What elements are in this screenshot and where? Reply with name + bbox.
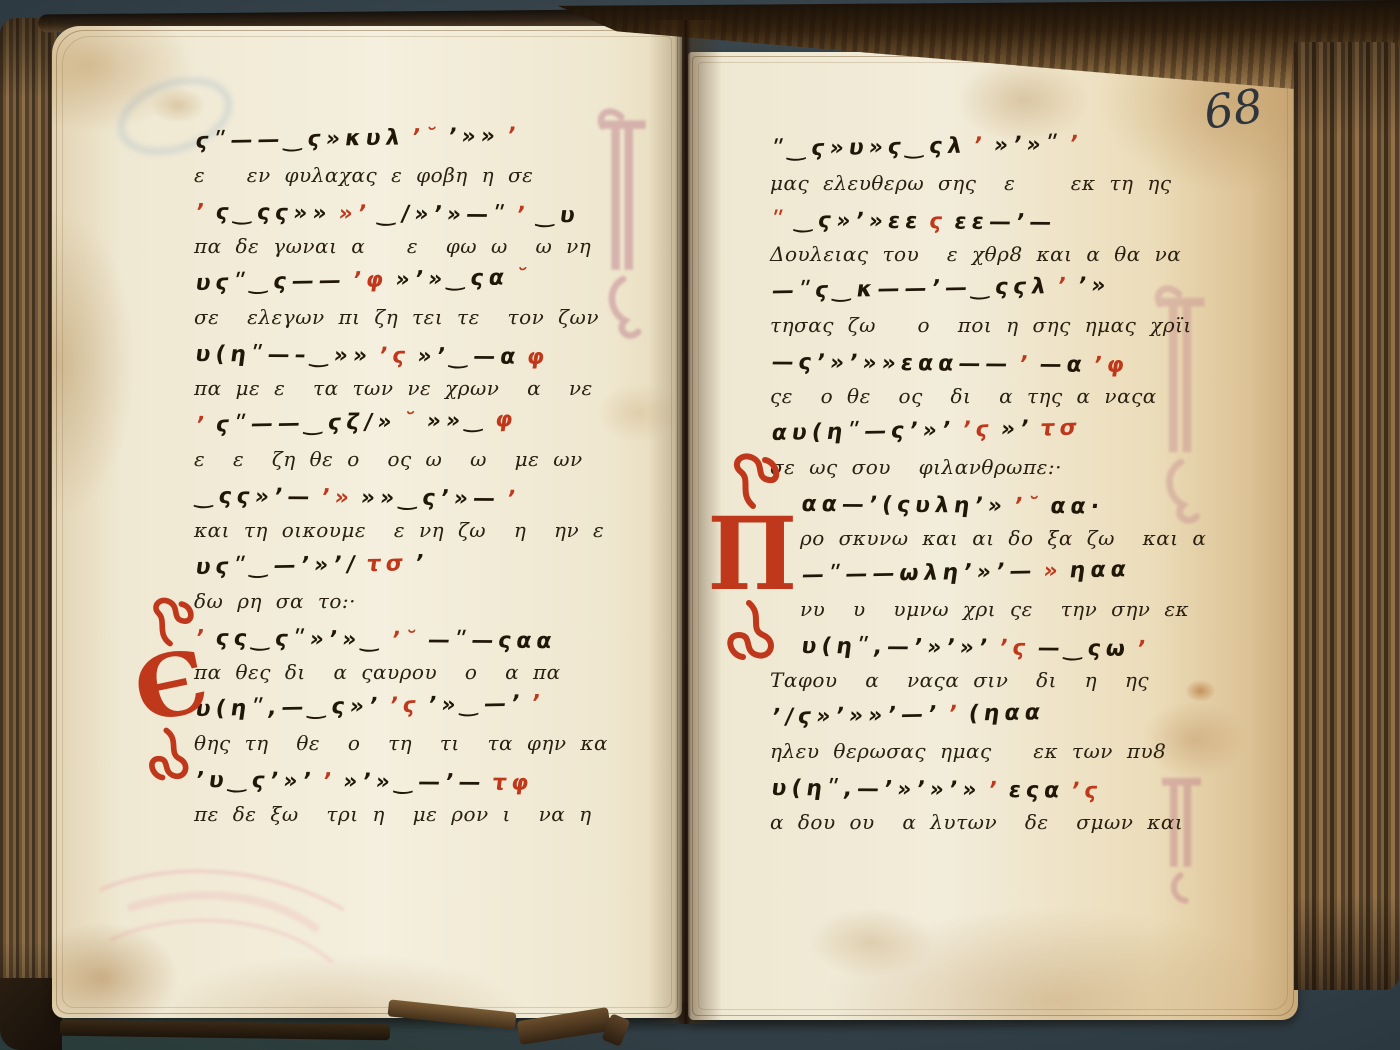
lyric-text: σε ως σου φιλανθρωπε:· (770, 455, 1062, 479)
red-neume-marks: τσ (365, 551, 410, 577)
red-neume-marks: ʼϛ (961, 417, 996, 443)
text-block-left: ϛʺ——‿ϛ»κυλʼ˘ʼ»»ʼε εν φυλαχας ε φοβη η σε… (194, 116, 600, 826)
red-neume-marks: φ (494, 407, 520, 432)
black-neume-marks: ‿/»ʼ»—ʺ (377, 202, 512, 228)
black-neume-marks: »»‿ςʼ»— (359, 485, 501, 511)
black-neume-marks: »ʼ»‿ςα (394, 266, 511, 293)
black-neume-marks: ʼ»» (446, 124, 501, 150)
lyric-text: θης τη θε ο τη τι τα φην κα (194, 731, 608, 755)
lyric-line: δω ρη σα το:· (194, 580, 600, 613)
black-neume-marks: ʺ‿ϛ»υ»ϛ‿ςλ (770, 134, 968, 162)
black-neume-marks: ʼ (413, 551, 430, 576)
black-neume-marks: »ʼ (999, 416, 1035, 442)
neume-line: —ʺ——ωληʼ»ʼ—»ηαα (800, 543, 1192, 588)
red-neume-marks: ʼ (515, 203, 532, 228)
neume-line: ʺ‿ϛ»ʼ»εεϛεε—ʼ— (770, 195, 1191, 237)
pink-stamp-traces (88, 848, 358, 1008)
lyric-text: νυ υ υμνω χρι ςε την σην εκ (800, 597, 1189, 621)
lyric-text: μας ελευθερω σης ε εκ τη ης (770, 171, 1172, 195)
red-neume-marks: ˘ (402, 409, 422, 434)
red-neume-marks: ʼ (194, 200, 211, 225)
neume-line: υ(ηʺ,—‿ς»ʼʼϛʼ»‿—ʼʼ (194, 677, 606, 722)
red-neume-marks: ʼϛ (998, 636, 1033, 661)
red-neume-marks: »ʼ (337, 201, 373, 226)
black-neume-marks: ϛς‿ϛʺ»ʼ»‿ (214, 626, 386, 652)
black-neume-marks: —ʺ——ωληʼ»ʼ— (800, 559, 1038, 588)
red-neume-marks: ʼ (505, 123, 522, 148)
black-neume-marks: ʼ»‿—ʼ (426, 691, 526, 718)
black-neume-marks: —ʺ—ςαα (426, 628, 558, 654)
neume-line: —ʺϛ‿κ——ʼ—‿ςϛλʼʼ» (770, 259, 1192, 304)
black-neume-marks: εε—ʼ— (953, 210, 1058, 236)
lyric-text: τησας ζω ο ποι η σης ημας χρϊι (770, 313, 1192, 337)
lyric-line: σε ως σου φιλανθρωπε:· (770, 446, 1186, 479)
lyric-line: πε δε ξω τρι η με ρον ι να η (194, 793, 600, 826)
black-neume-marks: υ(ηʺ,—ʼ»ʼ»ʼ (800, 634, 994, 661)
neume-line: υ(ηʺ—–‿»»ʼϛ»ʼ‿—αφ (194, 329, 605, 371)
lyric-text: δω ρη σα το:· (194, 589, 356, 613)
lyric-line: ε ε ζη θε ο ος ω ω με ων (194, 438, 600, 471)
red-neume-marks: ʼφ (351, 268, 390, 294)
lyric-line: σε ελεγων πι ζη τει τε τον ζων (194, 296, 600, 329)
neume-line: ʼϛ‿ςϛ»»»ʼ‿/»ʼ»—ʺʼ‿υ (194, 187, 605, 229)
folio-number: 68 (1201, 78, 1266, 140)
black-neume-marks: (ηαα (967, 700, 1047, 726)
illuminated-initial-left: Є (126, 592, 216, 785)
neume-line: υ(ηʺ,—ʼ»ʼ»ʼ»ʼεςαʼϛ (770, 763, 1191, 805)
red-neume-marks: ʼϛ (1070, 779, 1105, 804)
neume-line: ʼϛς‿ϛʺ»ʼ»‿ʼ˘—ʺ—ςαα (194, 613, 605, 655)
initial-letter-pi: Π (707, 512, 797, 597)
black-neume-marks: αυ(ηʺ—ςʼ»ʼ (770, 418, 957, 446)
red-neume-marks: ʼ˘ (1012, 494, 1045, 519)
black-neume-marks: ϛʺ——‿ϛ»κυλ (194, 125, 406, 154)
illuminated-initial-pi: Π (702, 448, 802, 663)
black-neume-marks: ʼ/ϛ»ʼ»»ʼ—ʼ (770, 702, 943, 730)
black-neume-marks: ϛ‿ςϛ»» (214, 200, 333, 226)
black-neume-marks: ‿ςϛ»ʼ— (194, 484, 316, 510)
red-neume-marks: ϛ (928, 209, 949, 234)
black-neume-marks: —ʺϛ‿κ——ʼ—‿ςϛλ (770, 274, 1052, 304)
red-neume-marks: ʼ (987, 778, 1004, 803)
lyric-line: ε εν φυλαχας ε φοβη η σε (194, 154, 600, 187)
black-neume-marks: ϛʺ——‿ϛζ/» (214, 410, 398, 438)
neume-line: αα—ʼ(ςυληʼ»ʼ˘αα· (800, 479, 1191, 520)
lyric-text: ε ε ζη θε ο ος ω ω με ων (194, 447, 583, 471)
black-neume-marks: —ςʼ»ʼ»»εαα—— (770, 350, 1014, 377)
neume-line: αυ(ηʺ—ςʼ»ʼʼϛ»ʼτσ (770, 401, 1192, 446)
black-neume-marks: υ(ηʺ—–‿»» (194, 342, 374, 369)
page-block-edge-left (0, 18, 58, 1022)
red-neume-marks: ʼ (321, 769, 338, 794)
black-neume-marks: »ʼ‿—α (416, 344, 522, 370)
neume-line: υ(ηʺ,—ʼ»ʼ»ʼʼϛ—‿ςωʼ (800, 621, 1191, 662)
black-neume-marks: υ(ηʺ,—‿ς»ʼ (194, 694, 384, 722)
neume-line: ʺ‿ϛ»υ»ϛ‿ςλʼ»ʼ»ʺʼ (770, 117, 1192, 162)
neume-line: ʼυ‿ϛʼ»ʼʼ»ʼ»‿—ʼ—τφ (194, 755, 605, 797)
neume-line: —ςʼ»ʼ»»εαα——ʼ—αʼφ (770, 337, 1191, 379)
red-neume-marks: τφ (491, 771, 535, 796)
red-neume-marks: ʼϛ (377, 344, 412, 369)
lyric-text: ε εν φυλαχας ε φοβη η σε (194, 163, 533, 187)
lyric-line: θης τη θε ο τη τι τα φην κα (194, 722, 600, 755)
black-neume-marks: —‿ςω (1036, 636, 1132, 662)
red-neume-marks: ʼ (947, 702, 964, 727)
red-neume-marks: ʼ (972, 133, 989, 158)
red-neume-marks: ʼ (194, 413, 211, 438)
lyric-line: ηλευ θερωσας ημας εκ των πυ8 (770, 730, 1186, 763)
black-neume-marks: ηαα (1068, 557, 1133, 583)
lyric-line: μας ελευθερω σης ε εκ τη ης (770, 162, 1186, 195)
lyric-line: α δου ου α λυτων δε σμων και (770, 801, 1186, 834)
red-neume-marks: ʼϛ (388, 693, 423, 719)
neume-line: ϛʺ——‿ϛ»κυλʼ˘ʼ»»ʼ (194, 109, 606, 154)
lyric-text: σε ελεγων πι ζη τει τε τον ζων (194, 305, 599, 329)
black-neume-marks: »»‿ (425, 408, 490, 434)
red-neume-marks: » (1042, 558, 1065, 583)
neume-line: ‿ςϛ»ʼ—ʼ»»»‿ςʼ»—ʼ (194, 471, 605, 513)
red-neume-marks: ʼ (505, 487, 522, 512)
black-neume-marks: υϛʺ‿—ʼ»ʼ/ (194, 552, 361, 580)
lyric-text: ηλευ θερωσας ημας εκ των πυ8 (770, 739, 1166, 763)
black-neume-marks: αα· (1049, 494, 1106, 519)
red-neume-marks: τσ (1039, 416, 1084, 442)
black-neume-marks: —α (1038, 352, 1088, 377)
lyric-text: πε δε ξω τρι η με ρον ι να η (194, 802, 592, 826)
red-neume-marks: ʼ˘ (390, 628, 423, 653)
text-block-right: ʺ‿ϛ»υ»ϛ‿ςλʼ»ʼ»ʺʼμας ελευθερω σης ε εκ τη… (770, 124, 1186, 834)
red-neume-marks: ʼ˘ (410, 125, 443, 151)
black-neume-marks: υ(ηʺ,—ʼ»ʼ»ʼ» (770, 776, 983, 803)
red-neume-marks: ʼ (1018, 352, 1035, 377)
black-neume-marks: ʼ» (1076, 273, 1112, 299)
red-neume-marks: ʼ (1056, 274, 1073, 299)
open-manuscript-photo: 68 ϛʺ——‿ϛ»κυλʼ˘ʼ»»ʼε εν φυλαχας ε φοβη η… (0, 0, 1400, 1050)
black-neume-marks: υϛʺ‿ς—— (194, 268, 348, 296)
black-neume-marks: αα—ʼ(ςυληʼ» (800, 492, 1009, 519)
neume-line: ʼϛʺ——‿ϛζ/»˘»»‿φ (194, 393, 606, 438)
lyric-text: α δου ου α λυτων δε σμων και (770, 810, 1183, 834)
red-neume-marks: ʼφ (1092, 353, 1131, 378)
initial-letter-epsilon: Є (128, 643, 213, 729)
red-neume-marks: φ (526, 345, 551, 370)
black-neume-marks: ‿υ (535, 203, 581, 228)
black-neume-marks: εςα (1007, 778, 1066, 803)
lyric-line: τησας ζω ο ποι η σης ημας χρϊι (770, 304, 1186, 337)
page-block-edge-right (1294, 42, 1400, 990)
red-neume-marks: ʼ (1135, 637, 1152, 662)
red-neume-marks: ʼ» (320, 485, 356, 510)
red-neume-marks: ʺ (770, 208, 790, 233)
black-neume-marks: »ʼ»‿—ʼ— (342, 769, 487, 795)
lyric-line: νυ υ υμνω χρι ςε την σην εκ (800, 588, 1186, 621)
black-neume-marks: ‿ϛ»ʼ»εε (793, 208, 924, 234)
neume-line: υϛʺ‿ς——ʼφ»ʼ»‿ςα˘ (194, 251, 606, 296)
red-neume-marks: ʼ (1068, 132, 1085, 157)
red-neume-marks: ˘ (514, 265, 534, 290)
neume-line: υϛʺ‿—ʼ»ʼ/τσʼ (194, 535, 606, 580)
neume-line: ʼ/ϛ»ʼ»»ʼ—ʼʼ(ηαα (770, 685, 1192, 730)
black-neume-marks: »ʼ»ʺ (992, 132, 1064, 158)
red-neume-marks: ʼ (530, 691, 547, 716)
